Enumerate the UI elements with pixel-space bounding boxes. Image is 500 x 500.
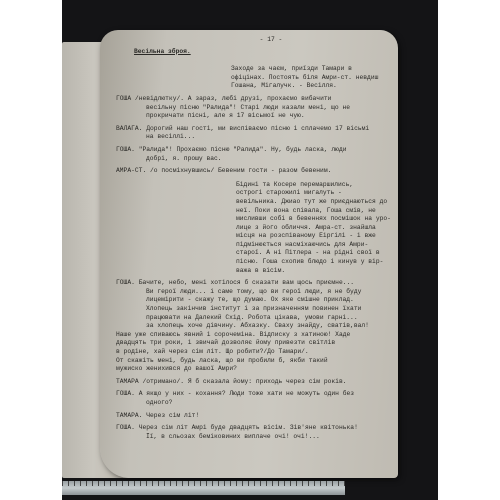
speaker: ВАЛАГА — [116, 125, 139, 132]
dialogue-line: ГОША /невідлютку/. А зараз, любі друзі, … — [116, 95, 396, 121]
dialogue-line: ГОША. "Ралида"! Прохаємо пісню "Ралида".… — [116, 146, 396, 163]
speaker: ГОША — [116, 390, 131, 397]
page-number: - 17 - — [146, 36, 396, 45]
dialogue-line: ВАЛАГА. Дорогий наш гості, ми виспіваємо… — [116, 125, 396, 142]
page-content: - 17 - Весільна зброя. Заходе за чаєм, п… — [116, 36, 396, 441]
dialogue-line: АМРА-СТ. /о посміхнувшись/ Бевеним гости… — [116, 167, 396, 176]
background-left — [0, 0, 62, 500]
speaker: ГОША — [116, 279, 131, 286]
stage-direction: Заходе за чаєм, приїзди Тамари в офіціна… — [231, 65, 391, 91]
ruler — [62, 481, 345, 495]
dialogue-line: ГОША. Бачите, небо, мені хотілося б сказ… — [116, 279, 396, 374]
dialogue-line: ТАМАРА /отримано/. Я б сказала йому: при… — [116, 378, 396, 387]
dialogue-line: ГОША. Через сім літ Амрі буде двадцять в… — [116, 424, 396, 441]
speaker: ТАМАРА — [116, 378, 139, 385]
speaker: ГОША — [116, 95, 131, 102]
stage-direction: Бідині та Косере перемаршились, острогі … — [236, 181, 386, 276]
speaker: АМРА-СТ — [116, 167, 142, 174]
background-right — [438, 0, 500, 500]
ruler-ticks — [62, 481, 345, 486]
speaker: ГОША — [116, 146, 131, 153]
dialogue-line: ГОША. А якщо у них - кохання? Люди тоже … — [116, 390, 396, 407]
section-heading: Весільна зброя. — [134, 48, 396, 57]
speaker: ГОША — [116, 424, 131, 431]
dialogue-line: ТАМАРА. Через сім літ! — [116, 412, 396, 421]
speaker: ТАМАРА — [116, 412, 139, 419]
